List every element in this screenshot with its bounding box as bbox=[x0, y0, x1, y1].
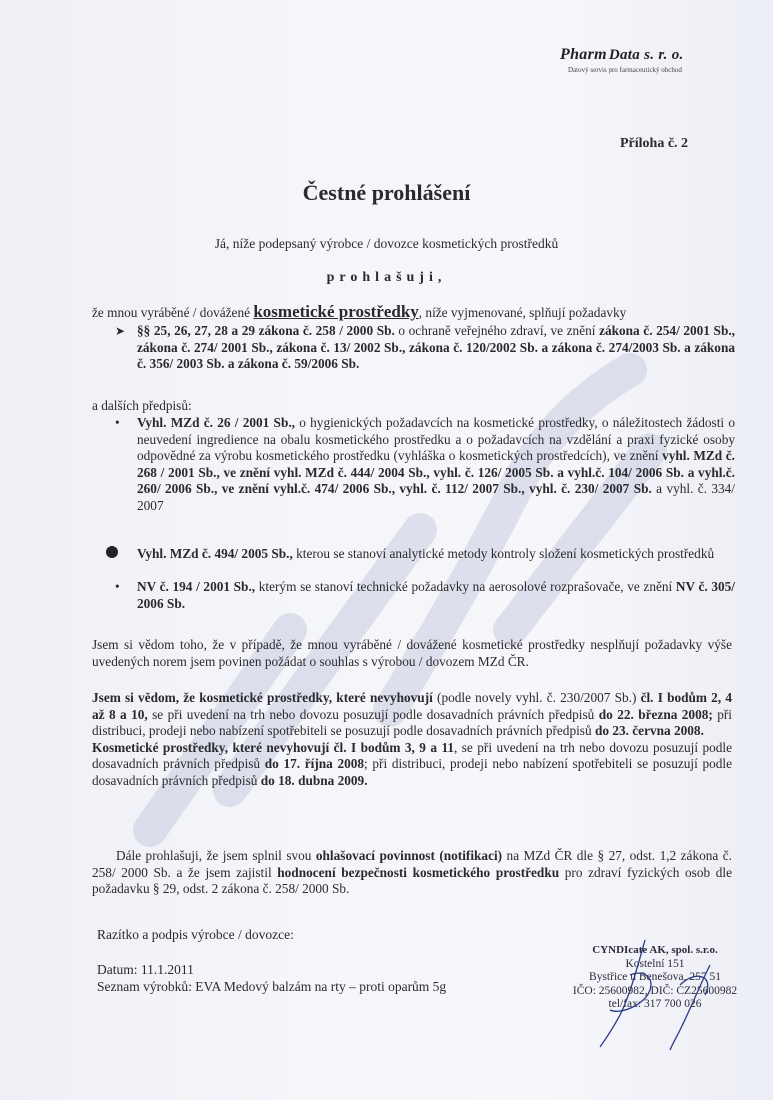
regulation-item: • NV č. 194 / 2001 Sb., kterým se stanov… bbox=[115, 579, 735, 612]
product-list: Seznam výrobků: EVA Medový balzám na rty… bbox=[97, 978, 446, 995]
regulation-item: • Vyhl. MZd č. 26 / 2001 Sb., o hygienic… bbox=[115, 415, 735, 514]
arrow-bullet-icon: ➤ bbox=[115, 323, 137, 373]
other-regulations-label: a dalších předpisů: bbox=[92, 398, 192, 415]
large-bullet-icon bbox=[106, 546, 118, 558]
company-stamp: CYNDIcate AK, spol. s.r.o. Kostelní 151 … bbox=[560, 944, 750, 1012]
stamp-ids: IČO: 25600982, DIČ: CZ25600982 bbox=[560, 985, 750, 999]
declaration-heading: prohlašuji, bbox=[0, 270, 773, 286]
date-and-products: Datum: 11.1.2011 Seznam výrobků: EVA Med… bbox=[97, 961, 446, 995]
logo-text-data: Data s. r. o. bbox=[609, 47, 684, 63]
awareness-paragraph: Jsem si vědom toho, že v případě, že mno… bbox=[92, 637, 732, 670]
transition-rules-paragraph: Jsem si vědom, že kosmetické prostředky,… bbox=[92, 690, 732, 789]
law-requirement-item: ➤ §§ 25, 26, 27, 28 a 29 zákona č. 258 /… bbox=[115, 323, 735, 373]
declaration-line: že mnou vyráběné / dovážené kosmetické p… bbox=[92, 304, 732, 322]
document-title: Čestné prohlášení bbox=[0, 180, 773, 206]
date-value: Datum: 11.1.2011 bbox=[97, 961, 446, 978]
stamp-phone: tel/fax: 317 700 026 bbox=[560, 998, 750, 1012]
notification-paragraph: Dále prohlašuji, že jsem splnil svou ohl… bbox=[92, 848, 732, 898]
attachment-label: Příloha č. 2 bbox=[620, 136, 688, 152]
document-page: PharmData s. r. o. Datový servis pro far… bbox=[0, 0, 773, 1100]
logo-text-pharm: Pharm bbox=[560, 46, 607, 63]
logo-tagline: Datový servis pro farmaceutický obchod bbox=[568, 66, 750, 74]
products-emphasis: kosmetické prostředky bbox=[253, 302, 418, 321]
intro-text: Já, níže podepsaný výrobce / dovozce kos… bbox=[0, 236, 773, 252]
pharmdata-logo: PharmData s. r. o. Datový servis pro far… bbox=[560, 44, 750, 74]
bullet-icon: • bbox=[115, 579, 137, 612]
stamp-city: Bystřice u Benešova, 257 51 bbox=[560, 971, 750, 985]
stamp-company: CYNDIcate AK, spol. s.r.o. bbox=[560, 944, 750, 958]
stamp-signature-label: Razítko a podpis výrobce / dovozce: bbox=[97, 927, 294, 943]
regulation-item: Vyhl. MZd č. 494/ 2005 Sb., kterou se st… bbox=[115, 544, 735, 563]
bullet-icon: • bbox=[115, 415, 137, 514]
stamp-street: Kostelní 151 bbox=[560, 958, 750, 972]
